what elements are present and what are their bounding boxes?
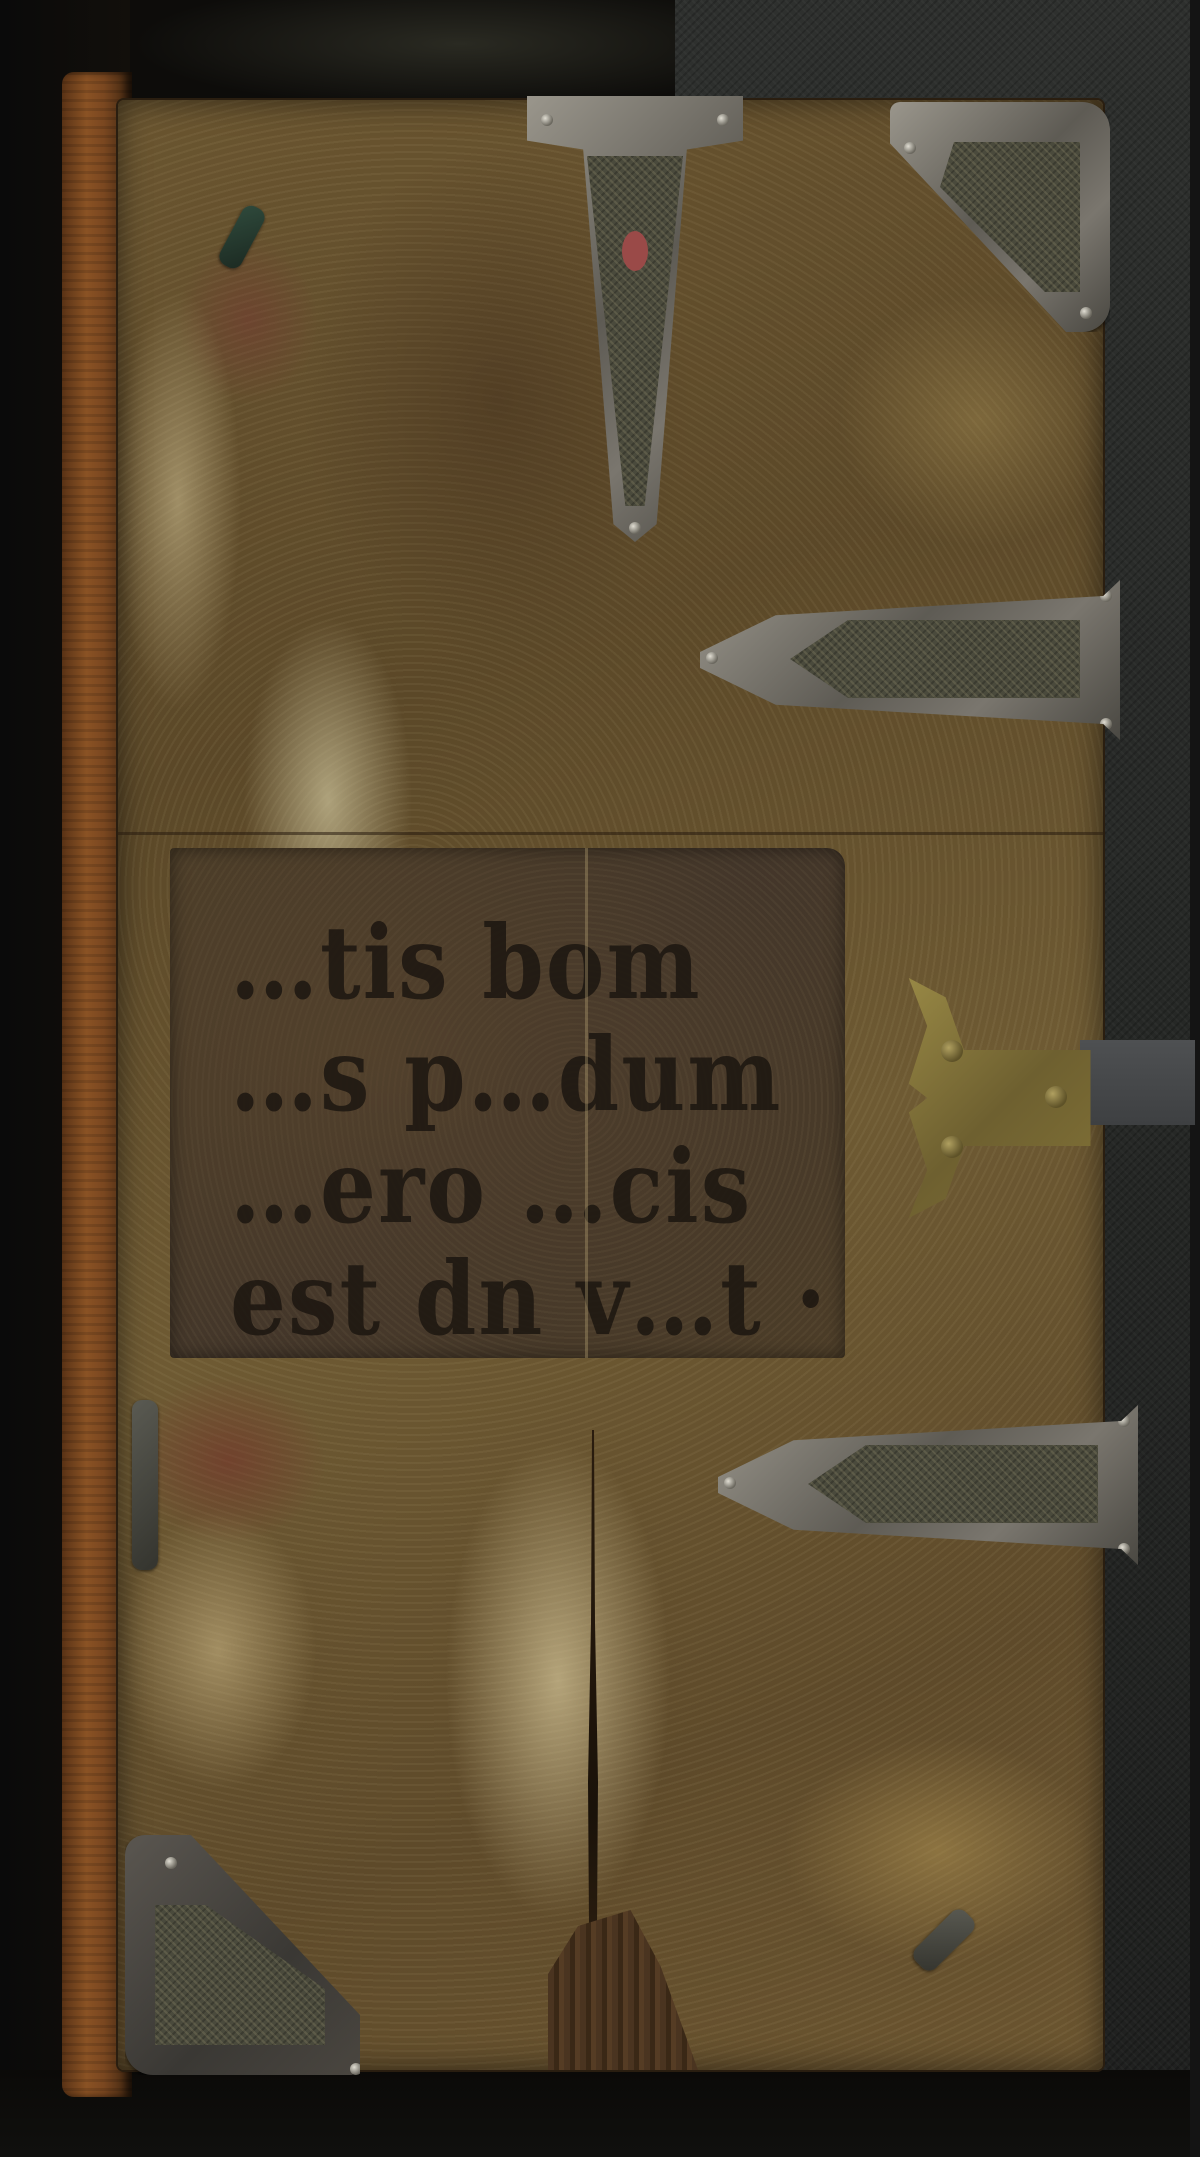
label-line-4: est dn v…t · — [230, 1234, 805, 1363]
rivet — [1080, 307, 1092, 319]
background-bottom — [0, 2070, 1190, 2157]
rivet — [724, 1477, 736, 1489]
rivet — [629, 522, 641, 534]
enamel-accent — [622, 231, 648, 271]
exposed-wood-board — [548, 1910, 698, 2070]
left-edge-clip — [132, 1400, 158, 1570]
rivet — [941, 1040, 963, 1062]
label-line-2: …s p…dum — [230, 1010, 805, 1139]
cover-seam — [118, 832, 1103, 835]
rivet — [165, 1857, 177, 1869]
clasp-leather-strap — [1080, 1040, 1195, 1125]
title-label: …tis bom …s p…dum …ero …cis est dn v…t · — [170, 848, 845, 1358]
rivet — [717, 114, 729, 126]
rivet — [706, 652, 718, 664]
strap-engraving — [808, 1445, 1098, 1523]
label-line-1: …tis bom — [230, 898, 805, 1027]
rivet — [941, 1136, 963, 1158]
rivet — [904, 142, 916, 154]
background-top — [130, 0, 680, 110]
strap-engraving — [790, 620, 1080, 698]
rivet — [1045, 1086, 1067, 1108]
label-line-3: …ero …cis — [230, 1122, 805, 1251]
rivet — [541, 114, 553, 126]
